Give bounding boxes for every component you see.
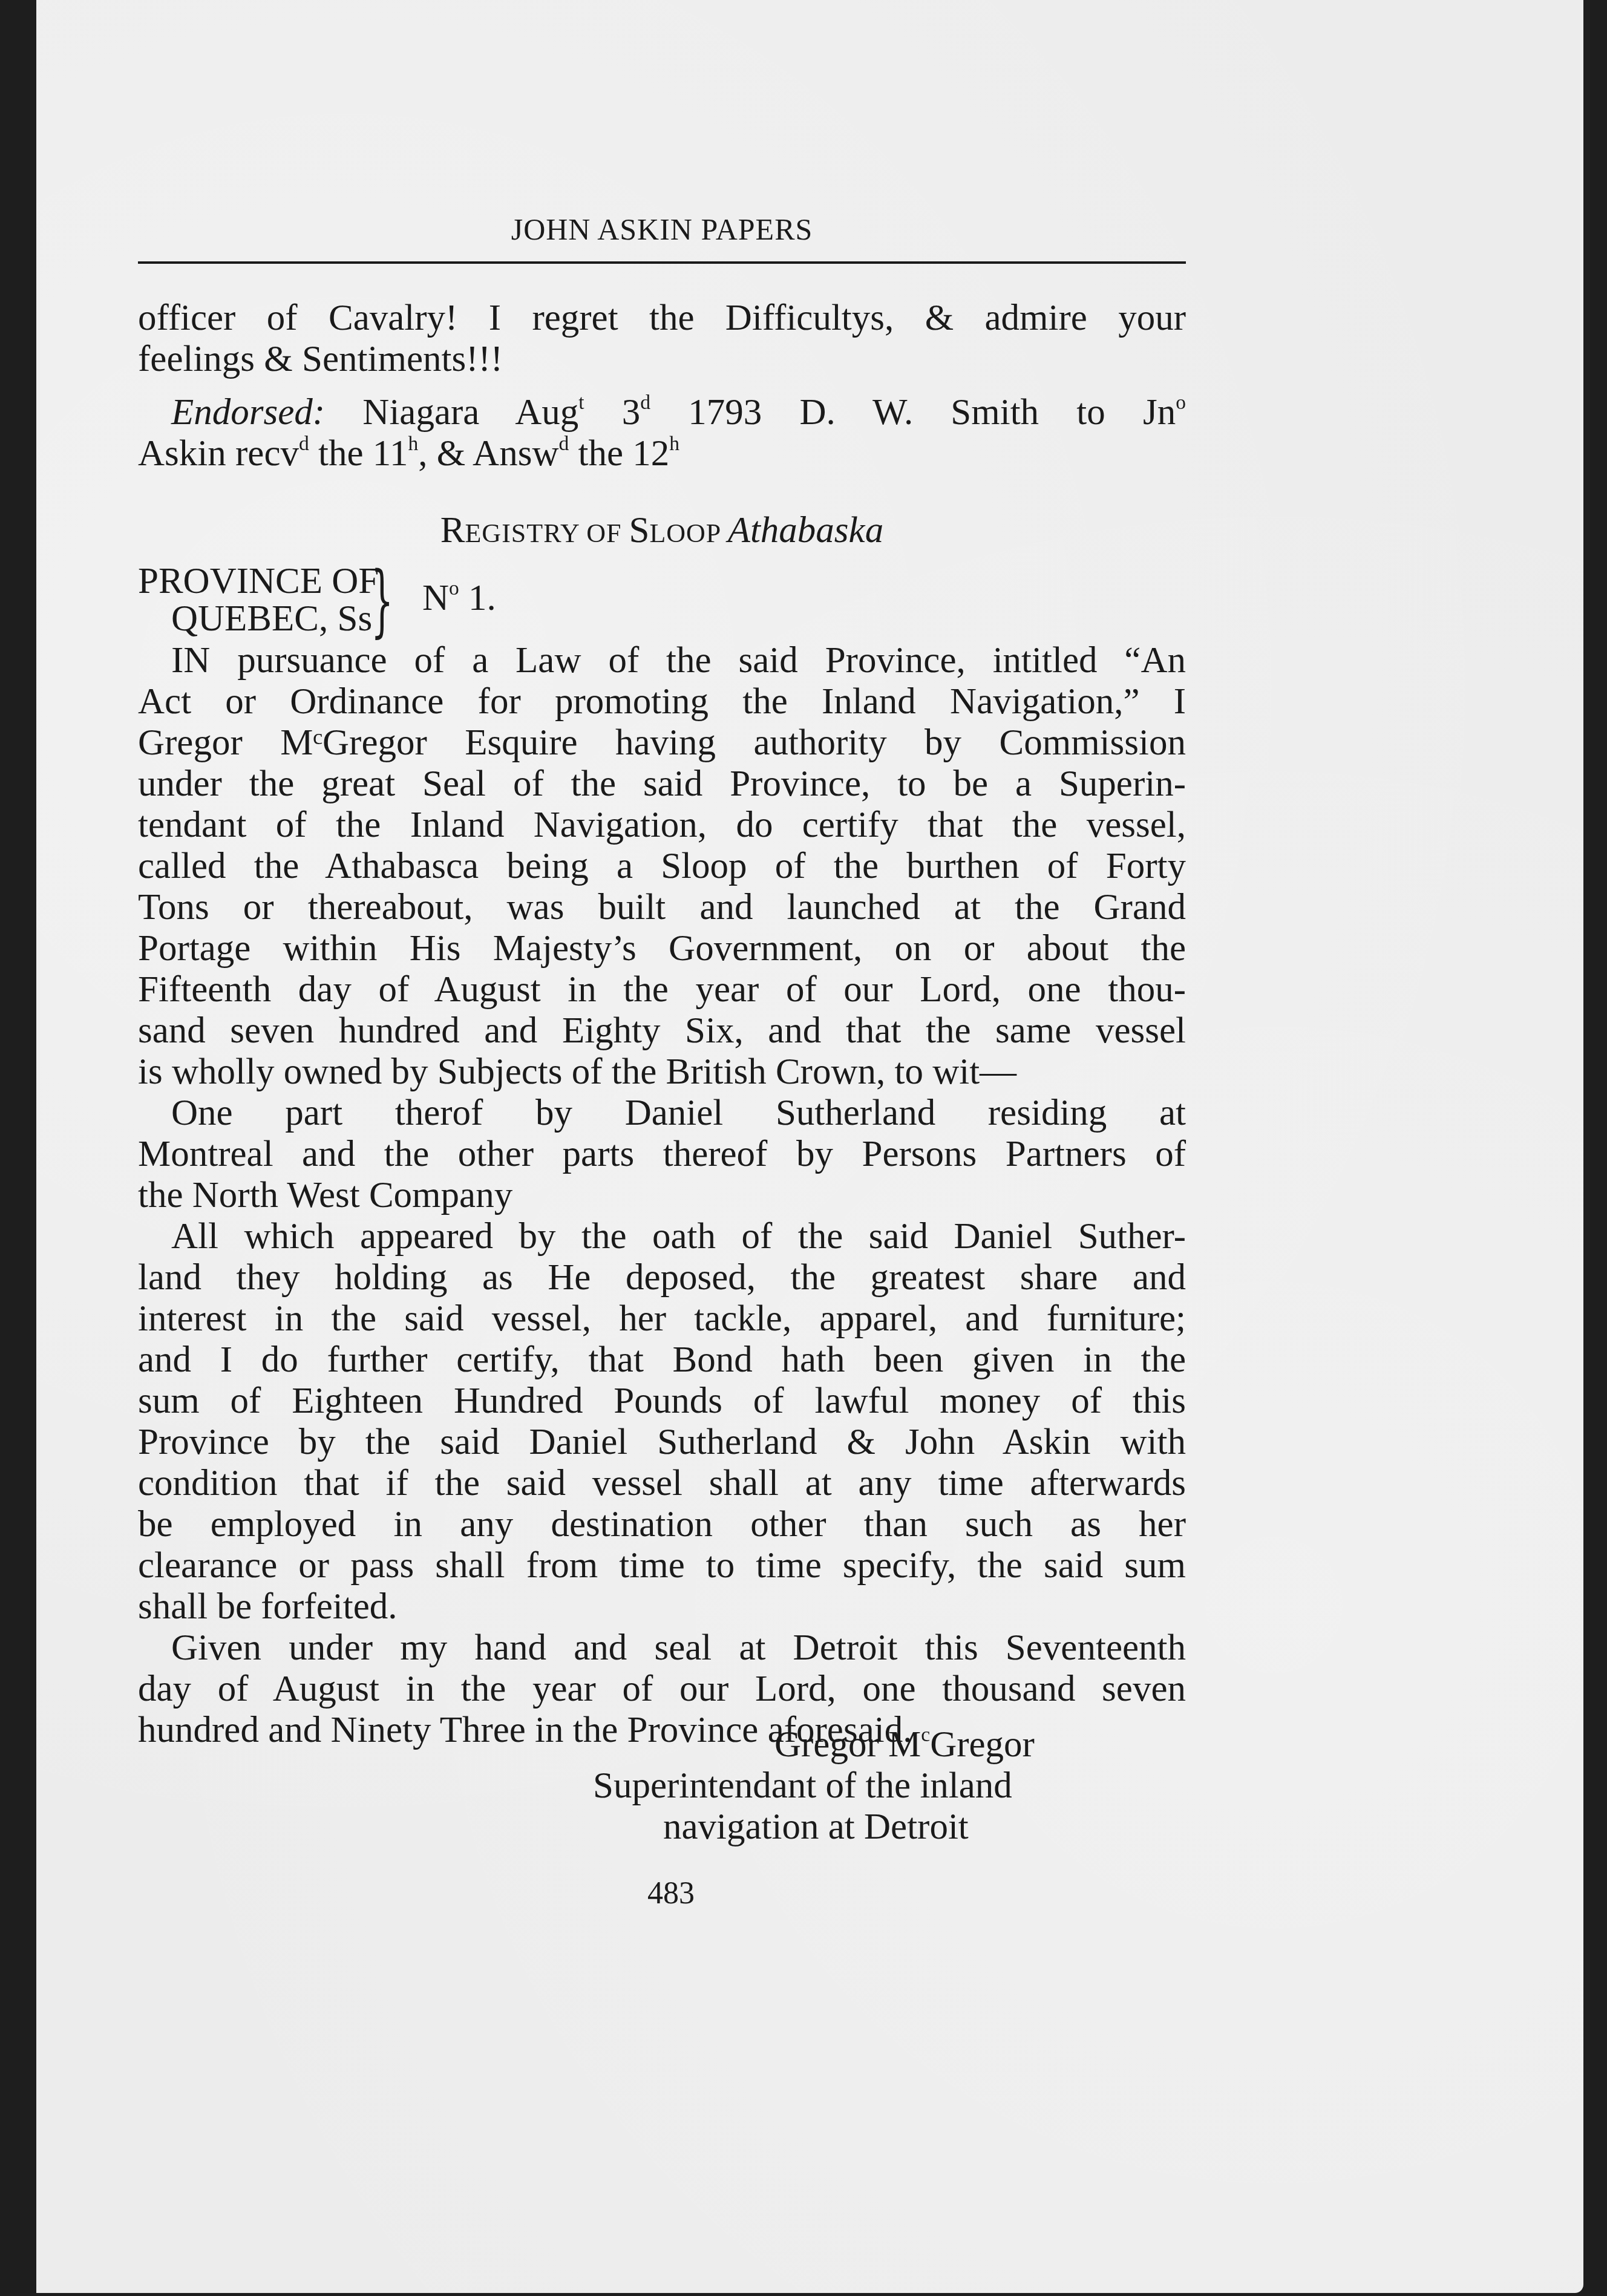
- text-line: tendant of the Inland Navigation, do cer…: [138, 805, 1186, 846]
- endorsement-line-1: Endorsed: Niagara Augt 3d 1793 D. W. Smi…: [138, 392, 1186, 433]
- text-line: sum of Eighteen Hundred Pounds of lawful…: [138, 1381, 1186, 1422]
- province-line-2: QUEBEC, Ss: [171, 600, 372, 638]
- text-line: feelings & Sentiments!!!: [138, 339, 1186, 380]
- text-line: under the great Seal of the said Provinc…: [138, 764, 1186, 805]
- paragraph: All which appeared by the oath of the sa…: [138, 1216, 1186, 1627]
- signature-title-1: Superintendant of the inland: [593, 1765, 1186, 1807]
- text-line: condition that if the said vessel shall …: [138, 1463, 1186, 1504]
- endorsed-label: Endorsed:: [171, 392, 325, 433]
- text-line: Montreal and the other parts thereof by …: [138, 1134, 1186, 1175]
- province-line-1: PROVINCE OF: [138, 563, 379, 600]
- text-line: Act or Ordinance for promoting the Inlan…: [138, 681, 1186, 722]
- registry-number: No 1.: [422, 580, 496, 617]
- text-line: Fifteenth day of August in the year of o…: [138, 969, 1186, 1010]
- paragraph: IN pursuance of a Law of the said Provin…: [138, 640, 1186, 1093]
- text-line: and I do further certify, that Bond hath…: [138, 1339, 1186, 1381]
- text-line: Given under my hand and seal at Detroit …: [138, 1627, 1186, 1669]
- paragraph: One part therof by Daniel Sutherland res…: [138, 1093, 1186, 1216]
- text-line: interest in the said vessel, her tackle,…: [138, 1298, 1186, 1339]
- registry-body: IN pursuance of a Law of the said Provin…: [138, 640, 1186, 1751]
- text-line: day of August in the year of our Lord, o…: [138, 1669, 1186, 1710]
- brace-glyph: }: [371, 563, 393, 638]
- signature-block: Gregor McGregor Superintendant of the in…: [593, 1724, 1186, 1848]
- text-line: land they holding as He deposed, the gre…: [138, 1257, 1186, 1298]
- endorsement: Endorsed: Niagara Augt 3d 1793 D. W. Smi…: [138, 392, 1186, 474]
- text-line: officer of Cavalry! I regret the Difficu…: [138, 298, 1186, 339]
- header-rule: [138, 261, 1186, 264]
- signature-title-2: navigation at Detroit: [593, 1807, 1186, 1848]
- text-line: sand seven hundred and Eighty Six, and t…: [138, 1010, 1186, 1052]
- text-line: be employed in any destination other tha…: [138, 1504, 1186, 1545]
- text-line: All which appeared by the oath of the sa…: [138, 1216, 1186, 1257]
- letter-close: officer of Cavalry! I regret the Difficu…: [138, 298, 1186, 380]
- text-line: Tons or thereabout, was built and launch…: [138, 887, 1186, 928]
- text-line: called the Athabasca being a Sloop of th…: [138, 846, 1186, 887]
- text-line: is wholly owned by Subjects of the Briti…: [138, 1052, 1186, 1093]
- endorsement-line-2: Askin recvd the 11h, & Answd the 12h: [138, 433, 1186, 474]
- text-line: clearance or pass shall from time to tim…: [138, 1545, 1186, 1586]
- text-line: Province by the said Daniel Sutherland &…: [138, 1422, 1186, 1463]
- text-line: the North West Company: [138, 1175, 1186, 1216]
- vessel-name: Athabaska: [728, 510, 884, 551]
- section-title: REGISTRY OF SLOOP Athabaska: [138, 510, 1186, 554]
- text-line: One part therof by Daniel Sutherland res…: [138, 1093, 1186, 1134]
- text-line: Portage within His Majesty’s Government,…: [138, 928, 1186, 969]
- signature-name: Gregor McGregor: [593, 1724, 1186, 1765]
- running-head: JOHN ASKIN PAPERS: [138, 212, 1186, 247]
- page-number: 483: [647, 1876, 695, 1911]
- text-line: IN pursuance of a Law of the said Provin…: [138, 640, 1186, 681]
- text-line: Gregor MᶜGregor Esquire having authority…: [138, 722, 1186, 764]
- book-page: JOHN ASKIN PAPERS officer of Cavalry! I …: [36, 0, 1583, 2293]
- text-line: shall be forfeited.: [138, 1586, 1186, 1627]
